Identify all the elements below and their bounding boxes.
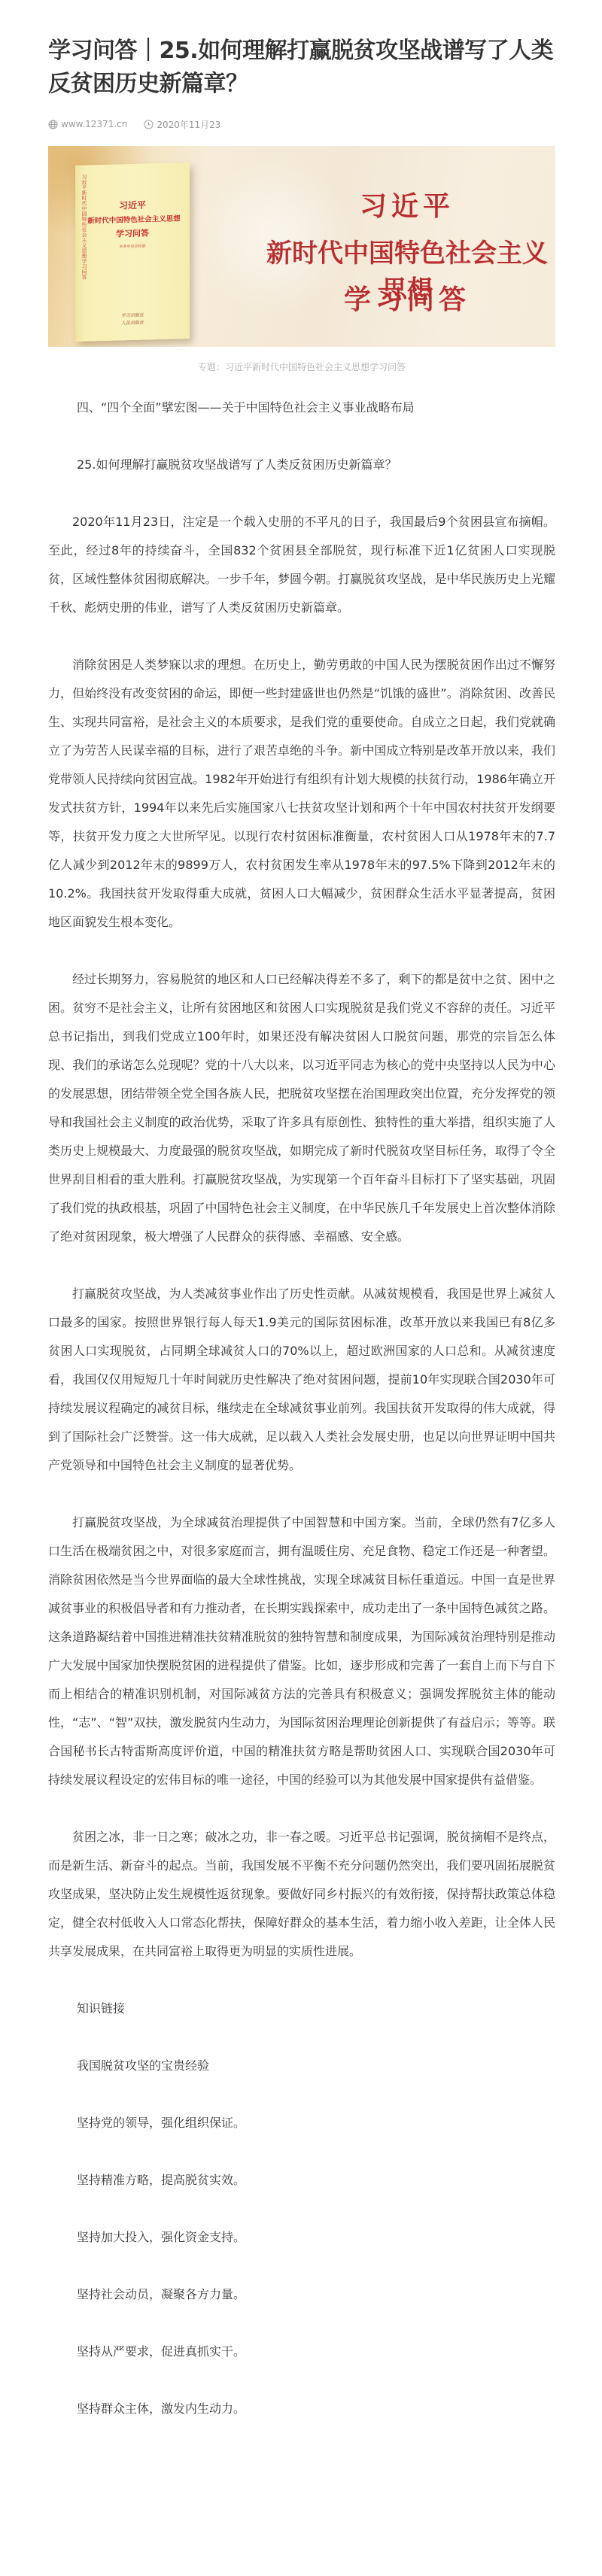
knowledge-item: 坚持党的领导，强化组织保证。 — [48, 2109, 555, 2137]
article-meta: www.12371.cn 2020年11月23 — [48, 117, 555, 131]
knowledge-item: 坚持从严要求，促进真抓实干。 — [48, 2338, 555, 2366]
paragraph: 打赢脱贫攻坚战，为人类减贫事业作出了历史性贡献。从减贫规模看，我国是世界上减贫人… — [48, 1280, 555, 1480]
article-title: 学习问答｜25.如何理解打赢脱贫攻坚战谱写了人类反贫困历史新篇章？ — [48, 0, 555, 101]
article: 学习问答｜25.如何理解打赢脱贫攻坚战谱写了人类反贫困历史新篇章？ www.12… — [0, 0, 602, 2423]
book-author: 中共中央宣传部 — [75, 242, 190, 251]
knowledge-link-label: 知识链接 — [48, 1994, 555, 2023]
article-body: 四、“四个全面”擘宏图——关于中国特色社会主义事业战略布局 25.如何理解打赢脱… — [48, 393, 555, 2423]
publish-date: 2020年11月23 — [144, 118, 220, 131]
globe-icon — [48, 120, 58, 129]
book-cover: 习近平新时代中国特色社会主义思想学习问答 习近平 新时代中国特色社会主义思想 学… — [75, 163, 190, 342]
date-text: 2020年11月23 — [157, 118, 220, 131]
paragraph: 贫困之冰，非一日之寒；破冰之功，非一春之暖。习近平总书记强调，脱贫摘帽不是终点，… — [48, 1823, 555, 1966]
knowledge-item: 坚持精准方略，提高脱贫实效。 — [48, 2166, 555, 2195]
paragraph: 消除贫困是人类梦寐以求的理想。在历史上，勤劳勇敢的中国人民为摆脱贫困作出过不懈努… — [48, 651, 555, 937]
knowledge-item: 坚持社会动员，凝聚各方力量。 — [48, 2280, 555, 2309]
book-spine: 习近平新时代中国特色社会主义思想学习问答 — [80, 175, 87, 280]
source-text[interactable]: www.12371.cn — [61, 119, 127, 129]
book-title-line3: 学习问答 — [75, 226, 190, 241]
book-title-line1: 习近平 — [75, 197, 190, 213]
paragraph: 2020年11月23日，注定是一个载入史册的不平凡的日子，我国最后9个贫困县宣布… — [48, 508, 555, 622]
clock-icon — [144, 120, 154, 129]
knowledge-item: 坚持加大投入，强化资金支持。 — [48, 2223, 555, 2252]
source: www.12371.cn — [48, 119, 127, 129]
paragraph: 经过长期努力，容易脱贫的地区和人口已经解决得差不多了，剩下的都是贫中之贫、困中之… — [48, 965, 555, 1251]
knowledge-item: 坚持群众主体，激发内生动力。 — [48, 2395, 555, 2423]
image-caption: 专题：习近平新时代中国特色社会主义思想学习问答 — [48, 360, 555, 375]
paragraph: 打赢脱贫攻坚战，为全球减贫治理提供了中国智慧和中国方案。当前，全球仍然有7亿多人… — [48, 1508, 555, 1794]
hero-headline-line3: 学习问答 — [259, 278, 555, 317]
book-title-line2: 新时代中国特色社会主义思想 — [81, 212, 187, 226]
section-heading: 四、“四个全面”擘宏图——关于中国特色社会主义事业战略布局 — [48, 393, 555, 422]
question-heading: 25.如何理解打赢脱贫攻坚战谱写了人类反贫困历史新篇章？ — [48, 451, 555, 479]
hero-image: 习近平新时代中国特色社会主义思想学习问答 习近平 新时代中国特色社会主义思想 学… — [48, 146, 555, 347]
knowledge-link-subtitle: 我国脱贫攻坚的宝贵经验 — [48, 2052, 555, 2080]
hero-headline-line1: 习近平 — [259, 185, 555, 223]
